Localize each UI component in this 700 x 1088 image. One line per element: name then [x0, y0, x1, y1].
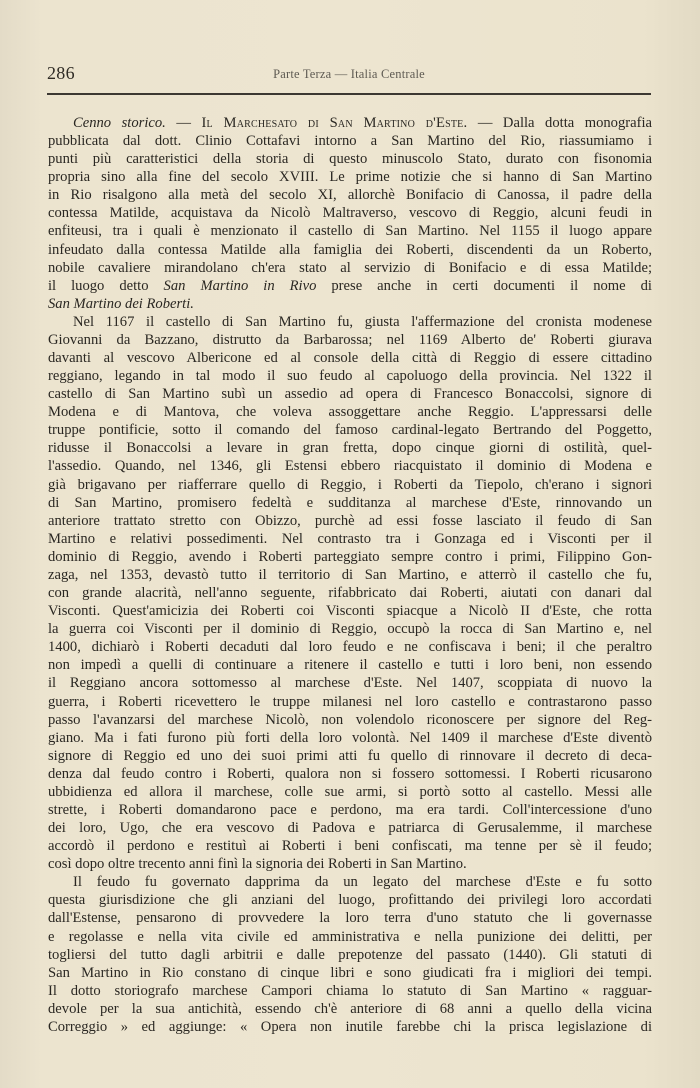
- paragraph: Cenno storico. — Il Marchesato di San Ma…: [48, 114, 652, 313]
- text-run: signore di Reggio ed uno dei suoi primi …: [48, 748, 652, 764]
- text-run: giano. Ma i fati furono più forti della …: [48, 730, 652, 746]
- text-run: castello di San Martino subì un assedio …: [48, 386, 652, 402]
- text-run: davanti al vescovo Albericone ed al cons…: [48, 350, 652, 366]
- book-page: 286 Parte Terza — Italia Centrale Cenno …: [0, 0, 700, 1088]
- text-run: nobile cavaliere mirandolano ch'era stat…: [48, 260, 652, 276]
- text-line: enfiteusi, tra i quali è menzionato il c…: [48, 222, 652, 240]
- text-line: dei loro, Ugo, che era vescovo di Padova…: [48, 819, 652, 837]
- text-line: di San Martino, promisero fedeltà e sudd…: [48, 494, 652, 512]
- text-line: già brigavano per riafferrare quello di …: [48, 476, 652, 494]
- text-line: denza dal feudo contro i Roberti, qualor…: [48, 765, 652, 783]
- text-line: castello di San Martino subì un assedio …: [48, 385, 652, 403]
- text-line: con grande alacrità, nell'anno seguente,…: [48, 584, 652, 602]
- paragraph: Il feudo fu governato dapprima da un leg…: [48, 873, 652, 1036]
- text-line: dominio di Reggio, avendo i Roberti part…: [48, 548, 652, 566]
- small-caps-text: Il Marchesato di San Martino d'Este.: [201, 115, 467, 131]
- text-run: dall'Estense, pensarono di provvedere la…: [48, 910, 652, 926]
- text-line: truppe pontificie, sotto il comando del …: [48, 421, 652, 439]
- text-run: Nel 1167 il castello di San Martino fu, …: [73, 314, 652, 330]
- italic-text: Cenno storico.: [73, 115, 166, 131]
- text-line: San Martino in Rio constano di cinque li…: [48, 964, 652, 982]
- text-line: punti più caratteristici della storia di…: [48, 150, 652, 168]
- text-line: pubblicata dal dott. Clinio Cottafavi in…: [48, 132, 652, 150]
- text-run: truppe pontificie, sotto il comando del …: [48, 422, 652, 438]
- text-run: Il dotto storiografo marchese Campori ch…: [48, 983, 652, 999]
- text-line: passo l'avanzarsi del marchese Nicolò, n…: [48, 711, 652, 729]
- text-run: non impedì a quelli di continuare a rite…: [48, 657, 652, 673]
- text-line: Martino e relativi possedimenti. Nel con…: [48, 530, 652, 548]
- text-run: enfiteusi, tra i quali è menzionato il c…: [48, 223, 652, 239]
- text-run: zaga, nel 1353, devastò tutto il territo…: [48, 567, 652, 583]
- text-run: con grande alacrità, nell'anno seguente,…: [48, 585, 652, 601]
- text-run: pubblicata dal dott. Clinio Cottafavi in…: [48, 133, 652, 149]
- text-run: questa giurisdizione che gli anziani del…: [48, 892, 652, 908]
- running-title: Parte Terza — Italia Centrale: [47, 64, 651, 84]
- text-line: signore di Reggio ed uno dei suoi primi …: [48, 747, 652, 765]
- italic-text: San Martino dei Roberti.: [48, 296, 194, 312]
- text-run: la guerra coi Visconti per il dominio di…: [48, 621, 652, 637]
- text-line: il luogo detto San Martino in Rivo prese…: [48, 277, 652, 295]
- text-run: in Rio risalgono alla metà del secolo XI…: [48, 187, 652, 203]
- text-line: questa giurisdizione che gli anziani del…: [48, 891, 652, 909]
- text-run: passo l'avanzarsi del marchese Nicolò, n…: [48, 712, 652, 728]
- text-run: devole per la sua antichità, essendo ch'…: [48, 1001, 652, 1017]
- text-run: —: [166, 115, 202, 131]
- text-run: denza dal feudo contro i Roberti, qualor…: [48, 766, 652, 782]
- text-run: accordò il perdono e restituì ai Roberti…: [48, 838, 652, 854]
- text-run: Visconti. Quest'amicizia dei Roberti coi…: [48, 603, 652, 619]
- text-line: l'assedio. Quando, nel 1346, gli Estensi…: [48, 457, 652, 475]
- text-run: così dopo oltre trecento anni finì la si…: [48, 856, 467, 872]
- text-line: strette, i Roberti domandarono pace e pe…: [48, 801, 652, 819]
- text-line: togliersi del tutto dagli arbitrii e dal…: [48, 946, 652, 964]
- text-line: nobile cavaliere mirandolano ch'era stat…: [48, 259, 652, 277]
- text-run: dei loro, Ugo, che era vescovo di Padova…: [48, 820, 652, 836]
- text-run: dominio di Reggio, avendo i Roberti part…: [48, 549, 652, 565]
- text-run: reggiano, legando in tal modo il suo feu…: [48, 368, 652, 384]
- text-line: guerra, i Roberti ricevettero le truppe …: [48, 693, 652, 711]
- text-run: 1400, dichiarò i Roberti decaduti dal lo…: [48, 639, 652, 655]
- text-line: Nel 1167 il castello di San Martino fu, …: [48, 313, 652, 331]
- text-run: strette, i Roberti domandarono pace e pe…: [48, 802, 652, 818]
- text-line: ubbidienza ed allora il marchese, colle …: [48, 783, 652, 801]
- italic-text: San Martino in Rivo: [164, 278, 317, 294]
- text-line: contessa Matilde, acquistava da Nicolò M…: [48, 204, 652, 222]
- text-line: accordò il perdono e restituì ai Roberti…: [48, 837, 652, 855]
- text-line: Giovanni da Bazzano, distrutto da Barbar…: [48, 331, 652, 349]
- text-line: la guerra coi Visconti per il dominio di…: [48, 620, 652, 638]
- text-run: il Reggiano ancora sottomesso al marches…: [48, 675, 652, 691]
- text-line: Correggio » ed aggiunge: « Opera non inu…: [48, 1018, 652, 1036]
- text-run: già brigavano per riafferrare quello di …: [48, 477, 652, 493]
- text-run: Il feudo fu governato dapprima da un leg…: [73, 874, 652, 890]
- text-line: anteriore trattato stretto con Obizzo, p…: [48, 512, 652, 530]
- text-line: dall'Estense, pensarono di provvedere la…: [48, 909, 652, 927]
- body-text: Cenno storico. — Il Marchesato di San Ma…: [48, 114, 652, 1036]
- text-run: — Dalla dotta monografia: [467, 115, 652, 131]
- text-run: prese anche in certi documenti il nome d…: [316, 278, 652, 294]
- text-line: reggiano, legando in tal modo il suo feu…: [48, 367, 652, 385]
- paragraph: Nel 1167 il castello di San Martino fu, …: [48, 313, 652, 873]
- text-run: Giovanni da Bazzano, distrutto da Barbar…: [48, 332, 652, 348]
- text-run: propria sino alla fine del secolo XVIII.…: [48, 169, 652, 185]
- text-line: Visconti. Quest'amicizia dei Roberti coi…: [48, 602, 652, 620]
- text-line: e regolasse e nella vita civile ed ammin…: [48, 928, 652, 946]
- text-run: contessa Matilde, acquistava da Nicolò M…: [48, 205, 652, 221]
- text-run: ubbidienza ed allora il marchese, colle …: [48, 784, 652, 800]
- text-run: il luogo detto: [48, 278, 164, 294]
- text-run: guerra, i Roberti ricevettero le truppe …: [48, 694, 652, 710]
- text-line: non impedì a quelli di continuare a rite…: [48, 656, 652, 674]
- text-line: zaga, nel 1353, devastò tutto il territo…: [48, 566, 652, 584]
- text-line: Modena e di Mantova, che voleva assogget…: [48, 403, 652, 421]
- text-run: anteriore trattato stretto con Obizzo, p…: [48, 513, 652, 529]
- text-run: Correggio » ed aggiunge: « Opera non inu…: [48, 1019, 652, 1035]
- text-run: Martino e relativi possedimenti. Nel con…: [48, 531, 652, 547]
- running-head: 286 Parte Terza — Italia Centrale: [47, 62, 651, 84]
- text-line: così dopo oltre trecento anni finì la si…: [48, 855, 652, 873]
- text-run: l'assedio. Quando, nel 1346, gli Estensi…: [48, 458, 652, 474]
- text-line: infeudato dalla contessa Matilde alla fa…: [48, 241, 652, 259]
- text-line: Il dotto storiografo marchese Campori ch…: [48, 982, 652, 1000]
- text-line: ridusse il Bonaccolsi a levare in gran f…: [48, 439, 652, 457]
- text-line: 1400, dichiarò i Roberti decaduti dal lo…: [48, 638, 652, 656]
- text-line: devole per la sua antichità, essendo ch'…: [48, 1000, 652, 1018]
- text-line: Il feudo fu governato dapprima da un leg…: [48, 873, 652, 891]
- text-line: davanti al vescovo Albericone ed al cons…: [48, 349, 652, 367]
- text-run: Modena e di Mantova, che voleva assogget…: [48, 404, 652, 420]
- text-line: il Reggiano ancora sottomesso al marches…: [48, 674, 652, 692]
- text-run: togliersi del tutto dagli arbitrii e dal…: [48, 947, 652, 963]
- text-run: e regolasse e nella vita civile ed ammin…: [48, 929, 652, 945]
- text-run: punti più caratteristici della storia di…: [48, 151, 652, 167]
- text-run: San Martino in Rio constano di cinque li…: [48, 965, 652, 981]
- text-run: infeudato dalla contessa Matilde alla fa…: [48, 242, 652, 258]
- text-line: in Rio risalgono alla metà del secolo XI…: [48, 186, 652, 204]
- text-line: giano. Ma i fati furono più forti della …: [48, 729, 652, 747]
- text-run: di San Martino, promisero fedeltà e sudd…: [48, 495, 652, 511]
- header-rule: [47, 93, 651, 95]
- text-line: Cenno storico. — Il Marchesato di San Ma…: [48, 114, 652, 132]
- text-line: San Martino dei Roberti.: [48, 295, 652, 313]
- text-line: propria sino alla fine del secolo XVIII.…: [48, 168, 652, 186]
- text-run: ridusse il Bonaccolsi a levare in gran f…: [48, 440, 652, 456]
